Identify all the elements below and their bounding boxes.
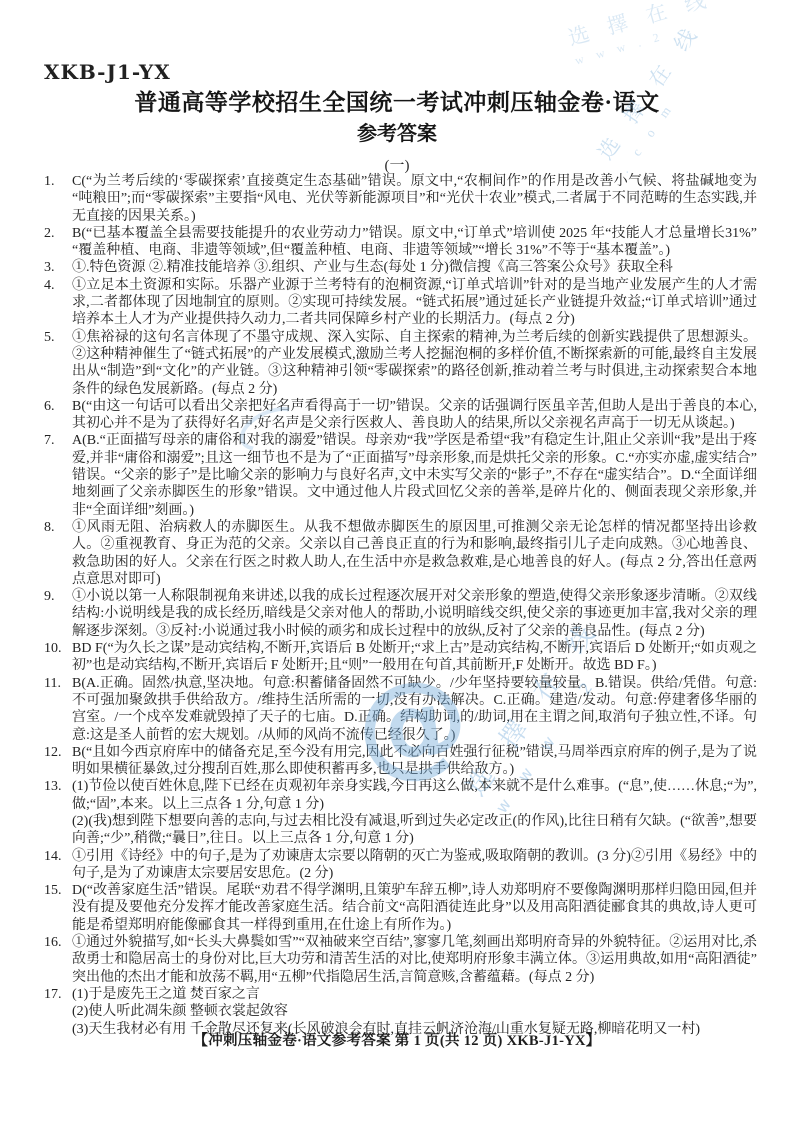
answer-item: 11.B(A.正确。固然/执意,坚决地。句意:积蓄储备固然不可缺少。/少年坚持要… bbox=[44, 675, 757, 744]
answer-number: 7. bbox=[44, 432, 55, 449]
answer-paragraph: B(“已基本覆盖全县需要技能提升的农业劳动力”错误。原文中,“订单式”培训使 2… bbox=[72, 225, 757, 260]
answer-item: 1.C(“为兰考后续的‘零碳探索’直接奠定生态基础”错误。原文中,“农桐间作”的… bbox=[44, 173, 757, 225]
answer-item: 3.①.特色资源 ②.精准技能培养 ③.组织、产业与生态(每处 1 分)微信搜《… bbox=[44, 259, 757, 276]
answer-item: 16.①通过外貌描写,如“长头大鼻鬓如雪”“双袖破来空百结”,寥寥几笔,刻画出郑… bbox=[44, 934, 757, 986]
answer-paragraph: ①.特色资源 ②.精准技能培养 ③.组织、产业与生态(每处 1 分)微信搜《高三… bbox=[72, 259, 757, 276]
watermark-top-right: 选 擇 在 线 w w w . 2 bbox=[564, 0, 720, 69]
answer-item: 14.①引用《诗经》中的句子,是为了劝谏唐太宗要以隋朝的灭亡为鉴戒,吸取隋朝的教… bbox=[44, 848, 757, 883]
answer-paragraph: ①风雨无阻、治病救人的赤脚医生。从我不想做赤脚医生的原因里,可推测父亲无论怎样的… bbox=[72, 519, 757, 588]
answer-number: 11. bbox=[44, 675, 61, 692]
answer-paragraph: ①焦裕禄的这句名言体现了不墨守成规、深入实际、自主探索的精神,为兰考后续的创新实… bbox=[72, 329, 757, 398]
answer-item: 12.B(“且如今西京府库中的储备充足,至今没有用完,因此不必向百姓强行征税”错… bbox=[44, 744, 757, 779]
answer-number: 5. bbox=[44, 329, 55, 346]
answer-paragraph: B(“由这一句话可以看出父亲把好名声看得高于一切”错误。父亲的话强调行医虽辛苦,… bbox=[72, 398, 757, 433]
answer-item: 2.B(“已基本覆盖全县需要技能提升的农业劳动力”错误。原文中,“订单式”培训使… bbox=[44, 225, 757, 260]
answer-paragraph: D(“改善家庭生活”错误。尾联“劝君不得学渊明,且策驴车辞五柳”,诗人劝郑明府不… bbox=[72, 882, 757, 934]
page-subtitle: 参考答案 bbox=[0, 117, 794, 146]
answers-list: 1.C(“为兰考后续的‘零碳探索’直接奠定生态基础”错误。原文中,“农桐间作”的… bbox=[44, 173, 757, 1038]
answer-number: 3. bbox=[44, 259, 55, 276]
answer-item: 6.B(“由这一句话可以看出父亲把好名声看得高于一切”错误。父亲的话强调行医虽辛… bbox=[44, 398, 757, 433]
page-footer: 【冲刺压轴金卷·语文参考答案 第 1 页(共 12 页) XKB-J1-YX】 bbox=[0, 1029, 794, 1050]
answer-paragraph: (1)节俭以使百姓休息,陛下已经在贞观初年亲身实践,今日再这么做,本来就不是什么… bbox=[72, 778, 757, 813]
answer-item: 5.①焦裕禄的这句名言体现了不墨守成规、深入实际、自主探索的精神,为兰考后续的创… bbox=[44, 329, 757, 398]
answer-paragraph: B(A.正确。固然/执意,坚决地。句意:积蓄储备固然不可缺少。/少年坚持要较量较… bbox=[72, 675, 757, 744]
answer-number: 13. bbox=[44, 778, 62, 795]
answer-number: 12. bbox=[44, 744, 62, 761]
answer-number: 10. bbox=[44, 640, 62, 657]
answer-paragraph: C(“为兰考后续的‘零碳探索’直接奠定生态基础”错误。原文中,“农桐间作”的作用… bbox=[72, 173, 757, 225]
paper-code: XKB-J1-YX bbox=[44, 60, 171, 84]
answer-paragraph: ①小说以第一人称限制视角来讲述,以我的成长过程逐次展开对父亲形象的塑造,使得父亲… bbox=[72, 588, 757, 640]
answer-paragraph: ①立足本土资源和实际。乐器产业源于兰考特有的泡桐资源,“订单式培训”针对的是当地… bbox=[72, 277, 757, 329]
answer-paragraph: ①引用《诗经》中的句子,是为了劝谏唐太宗要以隋朝的灭亡为鉴戒,吸取隋朝的教训。(… bbox=[72, 848, 757, 883]
answer-item: 9.①小说以第一人称限制视角来讲述,以我的成长过程逐次展开对父亲形象的塑造,使得… bbox=[44, 588, 757, 640]
document-page: XKB-J1-YX 普通高等学校招生全国统一考试冲刺压轴金卷·语文 参考答案 (… bbox=[0, 0, 794, 1123]
answer-paragraph: (1)于是废先王之道 焚百家之言 bbox=[72, 986, 757, 1003]
answer-paragraph: ①通过外貌描写,如“长头大鼻鬓如雪”“双袖破来空百结”,寥寥几笔,刻画出郑明府奇… bbox=[72, 934, 757, 986]
answer-number: 9. bbox=[44, 588, 55, 605]
answer-item: 4.①立足本土资源和实际。乐器产业源于兰考特有的泡桐资源,“订单式培训”针对的是… bbox=[44, 277, 757, 329]
watermark-text: 选 擇 在 线 bbox=[566, 0, 716, 50]
answer-number: 8. bbox=[44, 519, 55, 536]
answer-number: 2. bbox=[44, 225, 55, 242]
section-label: (一) bbox=[0, 154, 794, 175]
answer-item: 13.(1)节俭以使百姓休息,陛下已经在贞观初年亲身实践,今日再这么做,本来就不… bbox=[44, 778, 757, 847]
answer-paragraph: BD F(“为久长之谋”是动宾结构,不断开,宾语后 B 处断开;“求上古”是动宾… bbox=[72, 640, 757, 675]
answer-item: 10.BD F(“为久长之谋”是动宾结构,不断开,宾语后 B 处断开;“求上古”… bbox=[44, 640, 757, 675]
answer-item: 8.①风雨无阻、治病救人的赤脚医生。从我不想做赤脚医生的原因里,可推测父亲无论怎… bbox=[44, 519, 757, 588]
answer-item: 7.A(B.“正面描写母亲的庸俗和对我的溺爱”错误。母亲劝“我”学医是希望“我”… bbox=[44, 432, 757, 518]
answer-number: 4. bbox=[44, 277, 55, 294]
answer-number: 17. bbox=[44, 986, 62, 1003]
answer-paragraph: (2)使人听此凋朱颜 整顿衣裳起敛容 bbox=[72, 1003, 757, 1020]
page-title: 普通高等学校招生全国统一考试冲刺压轴金卷·语文 bbox=[0, 84, 794, 117]
answer-paragraph: A(B.“正面描写母亲的庸俗和对我的溺爱”错误。母亲劝“我”学医是希望“我”有稳… bbox=[72, 432, 757, 518]
answer-item: 15.D(“改善家庭生活”错误。尾联“劝君不得学渊明,且策驴车辞五柳”,诗人劝郑… bbox=[44, 882, 757, 934]
answer-number: 14. bbox=[44, 848, 62, 865]
watermark-text: w w w . 2 bbox=[573, 13, 720, 68]
answer-number: 15. bbox=[44, 882, 62, 899]
answer-number: 6. bbox=[44, 398, 55, 415]
answer-number: 1. bbox=[44, 173, 55, 190]
answer-paragraph: (2)(我)想到陛下想要向善的志向,与过去相比没有减退,听到过失必定改正(的作风… bbox=[72, 813, 757, 848]
answer-number: 16. bbox=[44, 934, 62, 951]
answer-paragraph: B(“且如今西京府库中的储备充足,至今没有用完,因此不必向百姓强行征税”错误,马… bbox=[72, 744, 757, 779]
